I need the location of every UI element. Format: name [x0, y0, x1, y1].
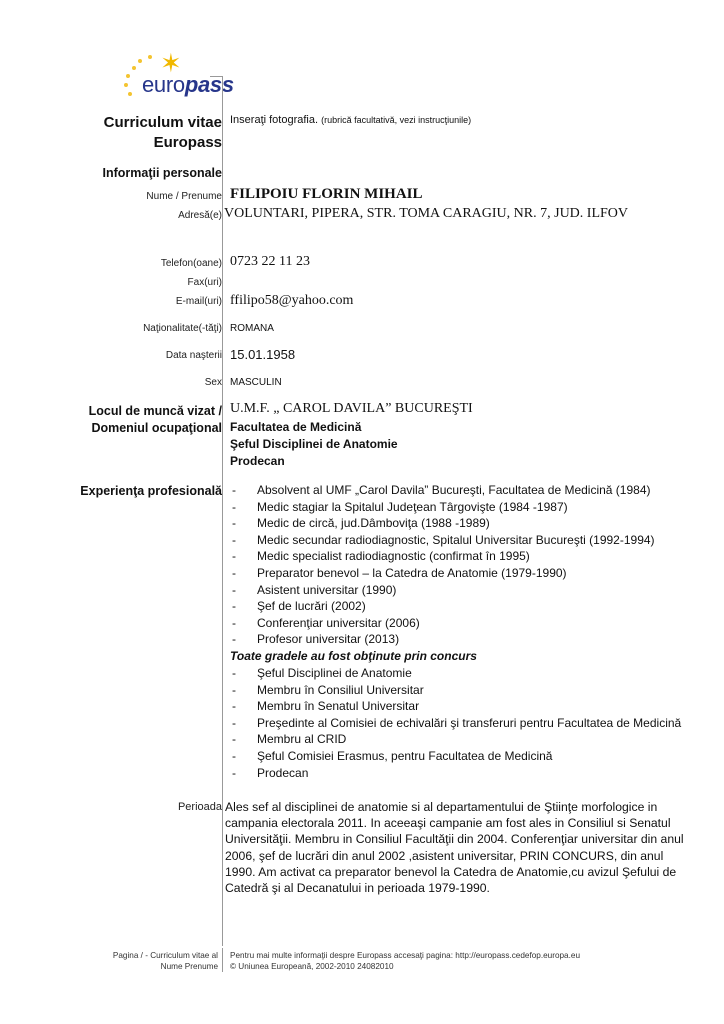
list-item: Profesor universitar (2013) [228, 631, 655, 648]
fax-label: Fax(uri) [188, 277, 222, 288]
list-item: Membru în Consiliul Universitar [228, 682, 681, 699]
list-item: Preparator benevol – la Catedra de Anato… [228, 565, 655, 582]
email-label: E-mail(uri) [176, 296, 222, 307]
list-item: Absolvent al UMF „Carol Davila” Bucureşt… [228, 482, 655, 499]
sex-label: Sex [205, 377, 222, 388]
list-item: Medic stagiar la Spitalul Judeţean Târgo… [228, 499, 655, 516]
email-value: ffilipo58@yahoo.com [230, 293, 353, 309]
experience-note: Toate gradele au fost obţinute prin conc… [230, 649, 477, 663]
list-item: Medic secundar radiodiagnostic, Spitalul… [228, 532, 655, 549]
list-item: Membru în Senatul Universitar [228, 698, 681, 715]
list-item: Conferenţiar universitar (2006) [228, 615, 655, 632]
section-heading-job: Locul de muncă vizat /Domeniul ocupaţion… [89, 403, 222, 437]
column-divider [222, 76, 223, 946]
footer-left: Pagina / - Curriculum vitae alNume Prenu… [113, 950, 218, 972]
address-label: Adresă(e) [178, 210, 222, 221]
list-item: Şeful Comisiei Erasmus, pentru Facultate… [228, 748, 681, 765]
address-value: VOLUNTARI, PIPERA, STR. TOMA CARAGIU, NR… [224, 206, 628, 222]
europass-logo: ✶ europass [118, 46, 248, 102]
list-item: Membru al CRID [228, 731, 681, 748]
phone-value: 0723 22 11 23 [230, 254, 310, 270]
nationality-value: ROMANA [230, 323, 274, 334]
list-item: Medic specialist radiodiagnostic (confir… [228, 548, 655, 565]
list-item: Şeful Disciplinei de Anatomie [228, 665, 681, 682]
job-faculty: Facultatea de Medicină [230, 420, 361, 434]
period-label: Perioada [178, 801, 222, 813]
birth-label: Data naşterii [166, 350, 222, 361]
section-heading-experience: Experienţa profesională [80, 484, 222, 498]
list-item: Şef de lucrări (2002) [228, 598, 655, 615]
list-item: Medic de circă, jud.Dâmboviţa (1988 -198… [228, 515, 655, 532]
experience-list: Absolvent al UMF „Carol Davila” Bucureşt… [228, 482, 655, 648]
name-label: Nume / Prenume [146, 191, 222, 202]
phone-label: Telefon(oane) [161, 258, 222, 269]
list-item: Preşedinte al Comisiei de echivalări şi … [228, 715, 681, 732]
sex-value: MASCULIN [230, 377, 282, 388]
job-role: Prodecan [230, 454, 285, 468]
footer-right: Pentru mai multe informaţii despre Europ… [230, 950, 580, 972]
roles-list: Şeful Disciplinei de Anatomie Membru în … [228, 665, 681, 781]
job-position: Şeful Disciplinei de Anatomie [230, 437, 398, 451]
photo-placeholder: Inseraţi fotografia. (rubrică facultativ… [230, 114, 471, 126]
job-institution: U.M.F. „ CAROL DAVILA” BUCUREŞTI [230, 401, 473, 417]
period-text: Ales sef al disciplinei de anatomie si a… [225, 799, 695, 896]
nationality-label: Naţionalitate(-tăţi) [143, 323, 222, 334]
list-item: Asistent universitar (1990) [228, 582, 655, 599]
page-title: Curriculum vitaeEuropass [104, 113, 222, 153]
name-value: FILIPOIU FLORIN MIHAIL [230, 186, 423, 203]
list-item: Prodecan [228, 765, 681, 782]
section-heading-personal: Informaţii personale [103, 166, 222, 180]
footer-divider [222, 948, 223, 972]
birth-value: 15.01.1958 [230, 347, 295, 362]
